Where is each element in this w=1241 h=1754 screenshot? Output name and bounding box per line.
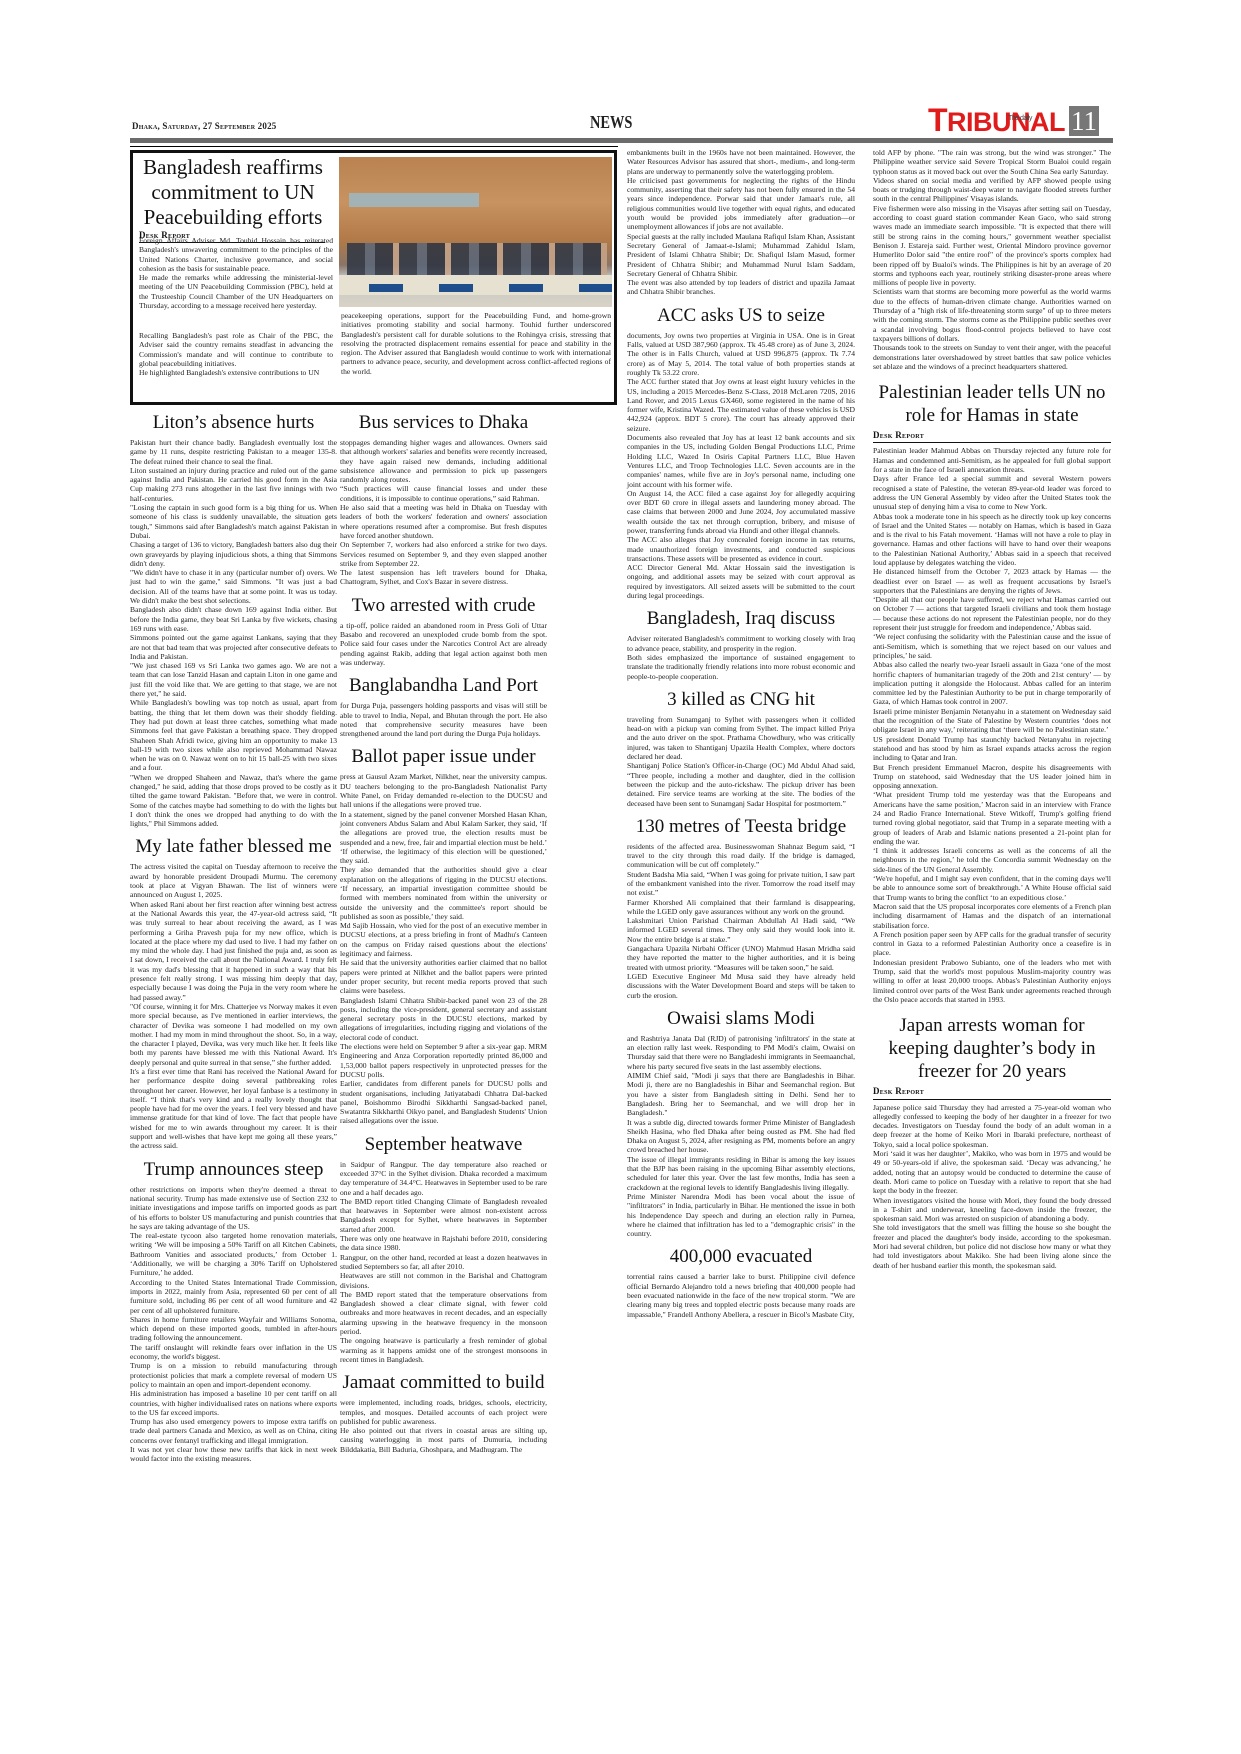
article-paragraph: Lakshmitari Union Parishad Chairman Abdu… <box>627 916 855 944</box>
article-paragraph: The BMD report stated that the temperatu… <box>340 1290 547 1336</box>
headline-iraq: Bangladesh, Iraq discuss <box>627 608 855 630</box>
article-paragraph: There was only one heatwave in Rajshahi … <box>340 1234 547 1253</box>
article-paragraph: But French president Emmanuel Macron, de… <box>873 763 1111 791</box>
logo-text: RIBUNAL <box>947 107 1065 137</box>
lead-body-wide: He made the remarks while addressing the… <box>139 273 609 310</box>
article-paragraph: Macron said that the US proposal incorpo… <box>873 902 1111 930</box>
article-paragraph: Md Sajib Hossain, who vied for the post … <box>340 921 547 958</box>
article-paragraph: traveling from Sunamganj to Sylhet with … <box>627 715 855 761</box>
article-paragraph: Gangachara Upazila Nirbahi Officer (UNO)… <box>627 944 855 972</box>
article-paragraph: stoppages demanding higher wages and all… <box>340 438 547 484</box>
lead-paragraph: He made the remarks while addressing the… <box>139 273 333 310</box>
headline-liton: Liton’s absence hurts <box>130 412 337 434</box>
dateline: Dhaka, Saturday, 27 September 2025 <box>132 121 277 131</box>
headline-evacuated: 400,000 evacuated <box>627 1246 855 1268</box>
logo-tagline: The daily <box>1008 105 1032 132</box>
headline-jamaat: Jamaat committed to build <box>340 1372 547 1394</box>
article-paragraph: Mori ‘said it was her daughter’, Makiko,… <box>873 1149 1111 1195</box>
article-paragraph: The BMD report titled Changing Climate o… <box>340 1197 547 1234</box>
lead-paragraph: Recalling Bangladesh's past role as Chai… <box>139 331 333 368</box>
article-paragraph: told AFP by phone. "The rain was strong,… <box>873 148 1111 176</box>
article-paragraph: Japanese police said Thursday they had a… <box>873 1103 1111 1149</box>
article-paragraph: Five fishermen were also missing in the … <box>873 204 1111 288</box>
article-paragraph: He also pointed out that rivers in coast… <box>340 1426 547 1454</box>
japan-byline: Desk Report <box>873 1087 1111 1099</box>
article-paragraph: The ACC further stated that Joy owns at … <box>627 377 855 433</box>
article-paragraph: When asked Rani about her first reaction… <box>130 900 337 1002</box>
article-paragraph: Bangladesh Islami Chhatra Shibir-backed … <box>340 996 547 1042</box>
article-paragraph: Prime Minister Narendra Modi has been vo… <box>627 1192 855 1238</box>
article-paragraph: ‘What president Trump told me yesterday … <box>873 790 1111 846</box>
headline-acc: ACC asks US to seize <box>627 305 855 327</box>
article-paragraph: ACC Director General Md. Aktar Hossain s… <box>627 563 855 600</box>
article-paragraph: Abbas took a moderate tone in his speech… <box>873 512 1111 568</box>
article-paragraph: Rangpur, on the other hand, recorded at … <box>340 1253 547 1272</box>
column-3: embankments built in the 1960s have not … <box>627 148 855 1319</box>
article-paragraph: They also demanded that the authorities … <box>340 865 547 921</box>
article-paragraph: embankments built in the 1960s have not … <box>627 148 855 176</box>
article-paragraph: Videos shared on social media and verifi… <box>873 176 1111 204</box>
article-paragraph: documents, Joy owns two properties at Vi… <box>627 331 855 377</box>
article-paragraph: He also said that a meeting was held in … <box>340 503 547 540</box>
headline-bus: Bus services to Dhaka <box>340 412 547 434</box>
article-paragraph: Palestinian leader Mahmud Abbas on Thurs… <box>873 446 1111 474</box>
article-paragraph: Indonesian president Prabowo Subianto, o… <box>873 958 1111 1004</box>
article-paragraph: Abbas also called the nearly two-year Is… <box>873 660 1111 706</box>
article-paragraph: were implemented, including roads, bridg… <box>340 1398 547 1426</box>
column-4: told AFP by phone. "The rain was strong,… <box>873 148 1111 1270</box>
article-paragraph: The event was also attended by top leade… <box>627 278 855 297</box>
article-paragraph: Chasing a target of 136 to victory, Bang… <box>130 540 337 568</box>
article-paragraph: The real-estate tycoon also targeted hom… <box>130 1231 337 1277</box>
article-paragraph: In a statement, signed by the panel conv… <box>340 810 547 847</box>
article-paragraph: It's a first ever time that Rani has rec… <box>130 1067 337 1151</box>
article-paragraph: residents of the affected area. Business… <box>627 842 855 870</box>
lead-body-top: Foreign Affairs Adviser Md. Touhid Hossa… <box>139 236 333 273</box>
lead-paragraph: He highlighted Bangladesh's extensive co… <box>139 368 333 377</box>
article-paragraph: in Saidpur of Rangpur. The day temperatu… <box>340 1160 547 1197</box>
article-paragraph: Trump has also used emergency powers to … <box>130 1417 337 1445</box>
photo-window-panel <box>349 193 479 207</box>
article-paragraph: Pakistan hurt their chance badly. Bangla… <box>130 438 337 466</box>
article-paragraph: Bangladesh also didn't chase down 169 ag… <box>130 605 337 633</box>
headline-palestine: Palestinian leader tells UN no role for … <box>873 381 1111 427</box>
article-paragraph: ‘We're hopeful, and I might say even con… <box>873 874 1111 902</box>
article-paragraph: A French position paper seen by AFP call… <box>873 930 1111 958</box>
article-paragraph: “Such practices will cause financial los… <box>340 484 547 503</box>
article-paragraph: ‘If otherwise, the legitimacy of this el… <box>340 847 547 866</box>
column-1: Liton’s absence hurts Pakistan hurt thei… <box>130 410 337 1464</box>
article-paragraph: Shares in home furniture retailers Wayfa… <box>130 1315 337 1343</box>
lead-top-rule <box>130 146 618 147</box>
article-paragraph: The actress visited the capital on Tuesd… <box>130 862 337 899</box>
article-paragraph: Adviser reiterated Bangladesh's commitme… <box>627 634 855 653</box>
headline-owaisi: Owaisi slams Modi <box>627 1008 855 1030</box>
article-paragraph: ‘I think it addresses Israeli concerns a… <box>873 846 1111 874</box>
masthead-logo: TRIBUNAL The daily 11 <box>928 104 1099 136</box>
article-paragraph: He said that the university authorities … <box>340 958 547 995</box>
article-paragraph: "We just chased 169 vs Sri Lanka two gam… <box>130 661 337 698</box>
lead-paragraph: peacekeeping operations, support for the… <box>341 311 611 376</box>
palestine-byline: Desk Report <box>873 431 1111 443</box>
article-paragraph: Student Badsha Mia said, “When I was goi… <box>627 870 855 898</box>
article-paragraph: ‘We reject confusing the solidarity with… <box>873 632 1111 660</box>
article-paragraph: Heatwaves are still not common in the Ba… <box>340 1271 547 1290</box>
article-paragraph: Simmons pointed out the game against Lan… <box>130 633 337 661</box>
article-paragraph: "We didn't have to chase it in any (part… <box>130 568 337 605</box>
article-paragraph: "Of course, winning it for Mrs. Chatterj… <box>130 1002 337 1067</box>
article-paragraph: When investigators visited the house wit… <box>873 1196 1111 1224</box>
headline-japan: Japan arrests woman for keeping daughter… <box>873 1014 1111 1083</box>
article-paragraph: "When we dropped Shaheen and Nawaz, that… <box>130 773 337 829</box>
article-paragraph: Liton sustained an injury during practic… <box>130 466 337 503</box>
article-paragraph: a tip-off, police raided an abandoned ro… <box>340 621 547 667</box>
logo-prefix: T <box>928 102 947 138</box>
article-paragraph: Scientists warn that storms are becoming… <box>873 287 1111 343</box>
article-paragraph: Earlier, candidates from different panel… <box>340 1079 547 1125</box>
article-paragraph: The issue of illegal immigrants residing… <box>627 1155 855 1192</box>
lead-headline: Bangladesh reaffirms commitment to UN Pe… <box>143 155 323 230</box>
article-paragraph: His administration has imposed a baselin… <box>130 1389 337 1417</box>
section-title: NEWS <box>590 112 632 133</box>
article-paragraph: Days after France led a special summit a… <box>873 474 1111 511</box>
article-paragraph: Shantiganj Police Station's Officer-in-C… <box>627 761 855 807</box>
article-paragraph: The ACC also alleges that Joy concealed … <box>627 535 855 563</box>
article-paragraph: AIMIM Chief said, "Modi ji says that the… <box>627 1071 855 1117</box>
article-paragraph: ‘Despite all that our people have suffer… <box>873 595 1111 632</box>
article-paragraph: On August 14, the ACC filed a case again… <box>627 489 855 535</box>
lead-story-box: Bangladesh reaffirms commitment to UN Pe… <box>130 150 617 405</box>
article-paragraph: press at Gausul Azam Market, Nilkhet, ne… <box>340 772 547 809</box>
article-paragraph: It was not yet clear how these new tarif… <box>130 1445 337 1464</box>
lead-body-left: Recalling Bangladesh's past role as Chai… <box>139 331 333 377</box>
article-paragraph: "Losing the captain in such good form is… <box>130 503 337 540</box>
logo-wordmark: TRIBUNAL The daily <box>928 107 1065 136</box>
headline-father: My late father blessed me <box>130 836 337 858</box>
article-paragraph: According to the United States Internati… <box>130 1278 337 1315</box>
headline-cng: 3 killed as CNG hit <box>627 689 855 711</box>
article-paragraph: Documents also revealed that Joy has at … <box>627 433 855 489</box>
article-paragraph: Both sides emphasized the importance of … <box>627 653 855 681</box>
article-paragraph: He distanced himself from the October 7,… <box>873 567 1111 595</box>
article-paragraph: and Rashtriya Janata Dal (RJD) of patron… <box>627 1034 855 1071</box>
article-paragraph: LGED Executive Engineer Md Musa said the… <box>627 972 855 1000</box>
article-paragraph: On September 7, workers had also enforce… <box>340 540 547 568</box>
article-paragraph: The elections were held on September 9 a… <box>340 1042 547 1079</box>
article-paragraph: US president Donald Trump has staunchly … <box>873 735 1111 763</box>
article-paragraph: He criticised past governments for negle… <box>627 176 855 232</box>
header-rule <box>130 138 1113 143</box>
article-paragraph: Farmer Khorshed Ali complained that thei… <box>627 898 855 917</box>
article-paragraph: for Durga Puja, passengers holding passp… <box>340 701 547 738</box>
headline-trump: Trump announces steep <box>130 1159 337 1181</box>
article-paragraph: Trump is on a mission to rebuild manufac… <box>130 1361 337 1389</box>
article-paragraph: She told investigators that the smell wa… <box>873 1223 1111 1269</box>
lead-body-right: peacekeeping operations, support for the… <box>341 311 611 376</box>
headline-teesta: 130 metres of Teesta bridge <box>627 816 855 838</box>
article-paragraph: Special guests at the rally included Mau… <box>627 232 855 278</box>
lead-paragraph: Foreign Affairs Adviser Md. Touhid Hossa… <box>139 236 333 273</box>
article-paragraph: It was a subtle dig, directed towards fo… <box>627 1118 855 1155</box>
headline-ballot: Ballot paper issue under <box>340 746 547 768</box>
page-number: 11 <box>1069 106 1099 136</box>
headline-heatwave: September heatwave <box>340 1134 547 1156</box>
column-2: Bus services to Dhaka stoppages demandin… <box>340 410 547 1454</box>
article-paragraph: The tariff onslaught will rekindle fears… <box>130 1343 337 1362</box>
article-paragraph: Israeli prime minister Benjamin Netanyah… <box>873 707 1111 735</box>
article-paragraph: The latest suspension has left travelers… <box>340 568 547 587</box>
article-paragraph: other restrictions on imports when they'… <box>130 1185 337 1231</box>
article-paragraph: Thousands took to the streets on Sunday … <box>873 343 1111 371</box>
headline-crude: Two arrested with crude <box>340 595 547 617</box>
article-paragraph: While Bangladesh's bowling was top notch… <box>130 698 337 772</box>
article-paragraph: torrential rains caused a barrier lake t… <box>627 1272 855 1318</box>
article-paragraph: The ongoing heatwave is particularly a f… <box>340 1336 547 1364</box>
headline-landport: Banglabandha Land Port <box>340 675 547 697</box>
